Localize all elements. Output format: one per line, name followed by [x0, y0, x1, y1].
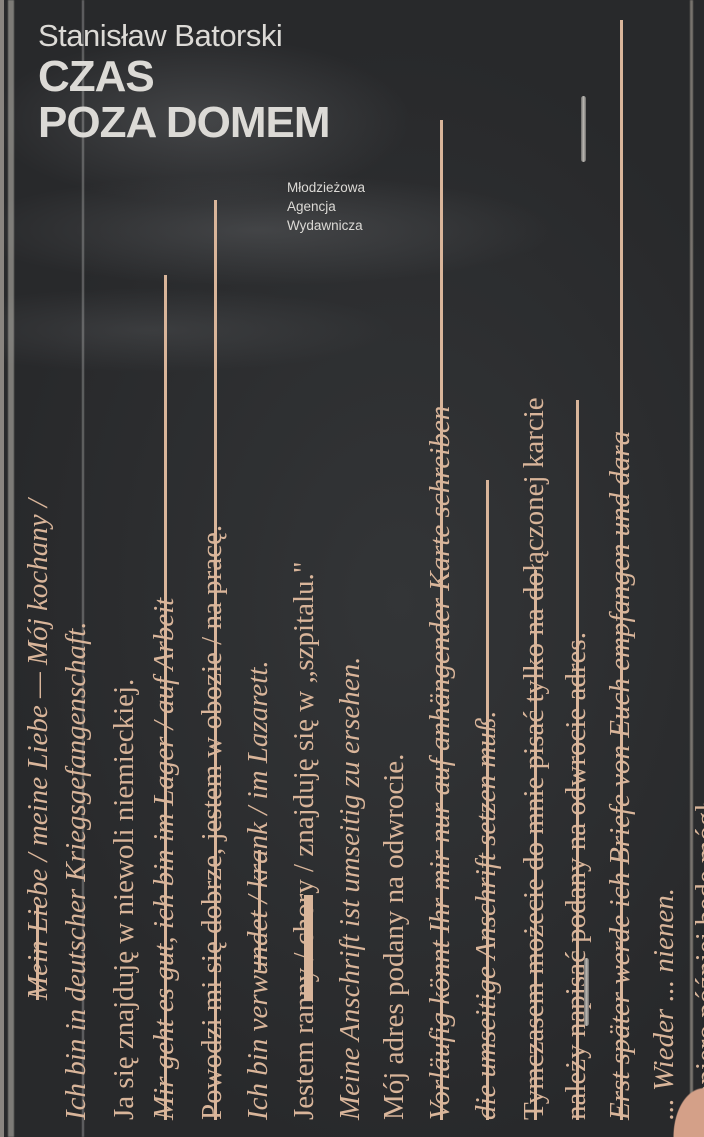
script-line: Mój adres podany na odwrocie.	[378, 754, 410, 1120]
strikethrough	[304, 895, 313, 1000]
strikethrough	[620, 20, 623, 1120]
staple	[581, 96, 586, 162]
strikethrough	[258, 850, 261, 970]
strikethrough	[214, 200, 217, 1120]
staple	[584, 958, 589, 1026]
script-line: Meine Anschrift ist umseitig zu ersehen.	[334, 657, 366, 1120]
script-line: Ich bin in deutscher Kriegsgefangenschaf…	[60, 621, 92, 1120]
publisher-name: Młodzieżowa Agencja Wydawnicza	[287, 178, 365, 235]
script-line: Ja się znajduję w niewoli niemieckiej.	[108, 679, 140, 1120]
spine-edge	[0, 0, 4, 1137]
publisher-line: Wydawnicza	[287, 216, 365, 235]
script-line: Powodzi mi się dobrze, jestem w obozie /…	[196, 525, 228, 1120]
strikethrough	[440, 120, 443, 1120]
book-title-line-2: POZA DOMEM	[38, 100, 329, 146]
strikethrough	[576, 400, 579, 1120]
publisher-line: Młodzieżowa	[287, 178, 365, 197]
strikethrough	[164, 275, 167, 1120]
book-title-line-1: CZAS	[38, 54, 329, 100]
crease-mark	[8, 0, 14, 1137]
script-line: Jestem ranny / chory / znajduję się w „s…	[288, 561, 320, 1120]
author-name: Stanisław Batorski	[38, 18, 329, 54]
cover-header: Stanisław Batorski CZAS POZA DOMEM	[38, 18, 329, 146]
strikethrough	[534, 570, 537, 1120]
strikethrough	[36, 905, 39, 1000]
torn-corner	[644, 1037, 704, 1137]
strikethrough	[486, 480, 489, 1120]
book-cover: Mein Liebe / meine Liebe — Mój kochany /…	[0, 0, 704, 1137]
publisher-line: Agencja	[287, 197, 365, 216]
